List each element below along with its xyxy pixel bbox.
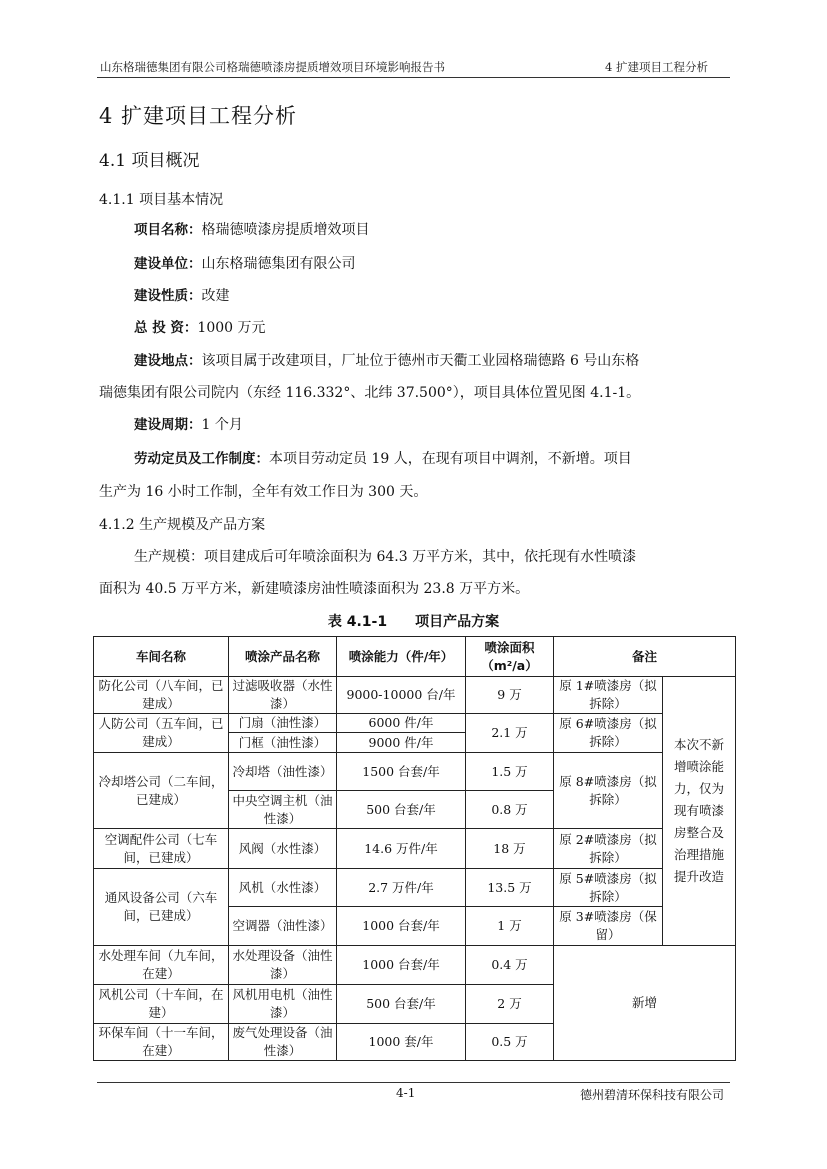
header-divider (97, 77, 730, 78)
cell-product: 门框（油性漆） (229, 733, 337, 753)
info-investment: 总 投 资：1000 万元 (134, 318, 266, 338)
cell-area: 18 万 (466, 829, 554, 869)
cell-area: 13.5 万 (466, 869, 554, 907)
footer-company: 德州碧清环保科技有限公司 (580, 1086, 724, 1103)
cell-area: 0.5 万 (466, 1024, 554, 1061)
cell-area: 1 万 (466, 907, 554, 946)
label: 建设周期： (134, 417, 202, 433)
cell-note: 原 6#喷漆房（拟拆除） (554, 714, 663, 753)
cell-product: 过滤吸收器（水性漆） (229, 677, 337, 714)
label: 项目名称： (134, 222, 202, 238)
info-builder: 建设单位：山东格瑞德集团有限公司 (134, 254, 356, 274)
value: 改建 (202, 288, 230, 304)
value: 本项目劳动定员 19 人，在现有项目中调剂，不新增。项目 (269, 451, 632, 467)
cell-workshop: 人防公司（五车间，已建成） (94, 714, 229, 753)
cell-capacity: 9000 件/年 (337, 733, 466, 753)
cell-product: 中央空调主机（油性漆） (229, 791, 337, 829)
label: 总 投 资： (134, 320, 197, 336)
cell-workshop: 通风设备公司（六车间，已建成） (94, 869, 229, 946)
scale-para-line1: 生产规模：项目建成后可年喷涂面积为 64.3 万平方米，其中，依托现有水性喷漆 (134, 547, 636, 567)
header-report-title: 山东格瑞德集团有限公司格瑞德喷漆房提质增效项目环境影响报告书 (100, 59, 445, 75)
cell-capacity: 9000-10000 台/年 (337, 677, 466, 714)
cell-note: 原 3#喷漆房（保留） (554, 907, 663, 946)
section-title: 4.1 项目概况 (99, 146, 199, 171)
value: 1 个月 (202, 417, 243, 433)
page-number: 4-1 (396, 1086, 415, 1100)
table-row: 空调配件公司（七车间，已建成） 风阀（水性漆） 14.6 万件/年 18 万 原… (94, 829, 736, 869)
cell-workshop: 环保车间（十一车间，在建） (94, 1024, 229, 1061)
cell-product: 风机用电机（油性漆） (229, 985, 337, 1024)
cell-area: 0.8 万 (466, 791, 554, 829)
header-chapter: 4 扩建项目工程分析 (605, 59, 708, 75)
cell-note: 原 5#喷漆房（拟拆除） (554, 869, 663, 907)
col-header: 喷涂能力（件/年） (337, 637, 466, 677)
table-number: 表 4.1-1 (328, 614, 387, 630)
cell-capacity: 1000 套/年 (337, 1024, 466, 1061)
cell-product: 冷却塔（油性漆） (229, 753, 337, 791)
cell-capacity: 6000 件/年 (337, 714, 466, 733)
cell-capacity: 14.6 万件/年 (337, 829, 466, 869)
cell-capacity: 500 台套/年 (337, 985, 466, 1024)
cell-workshop: 防化公司（八车间，已建成） (94, 677, 229, 714)
cell-product: 风阀（水性漆） (229, 829, 337, 869)
cell-note: 原 1#喷漆房（拟拆除） (554, 677, 663, 714)
scale-para-line2: 面积为 40.5 万平方米，新建喷漆房油性喷漆面积为 23.8 万平方米。 (99, 579, 529, 599)
info-period: 建设周期：1 个月 (134, 415, 243, 435)
cell-workshop: 水处理车间（九车间，在建） (94, 946, 229, 985)
info-labor: 劳动定员及工作制度：本项目劳动定员 19 人，在现有项目中调剂，不新增。项目 (134, 449, 632, 469)
value: 该项目属于改建项目，厂址位于德州市天衢工业园格瑞德路 6 号山东格 (202, 353, 640, 369)
cell-capacity: 1500 台套/年 (337, 753, 466, 791)
table-row: 人防公司（五车间，已建成） 门扇（油性漆） 6000 件/年 2.1 万 原 6… (94, 714, 736, 733)
footer-divider (97, 1082, 730, 1083)
cell-workshop: 冷却塔公司（二车间，已建成） (94, 753, 229, 829)
info-site: 建设地点：该项目属于改建项目，厂址位于德州市天衢工业园格瑞德路 6 号山东格 (134, 351, 639, 371)
col-header: 备注 (554, 637, 736, 677)
cell-capacity: 1000 台套/年 (337, 907, 466, 946)
label: 建设地点： (134, 353, 202, 369)
cell-product: 风机（水性漆） (229, 869, 337, 907)
label: 建设单位： (134, 256, 202, 272)
info-project-name: 项目名称：格瑞德喷漆房提质增效项目 (134, 220, 370, 240)
info-site-cont: 瑞德集团有限公司院内（东经 116.332°、北纬 37.500°），项目具体位… (99, 383, 640, 403)
cell-note: 原 2#喷漆房（拟拆除） (554, 829, 663, 869)
cell-capacity: 1000 台套/年 (337, 946, 466, 985)
cell-capacity: 500 台套/年 (337, 791, 466, 829)
value: 格瑞德喷漆房提质增效项目 (202, 222, 370, 238)
table-title: 项目产品方案 (415, 614, 499, 630)
value: 山东格瑞德集团有限公司 (202, 256, 356, 272)
label: 劳动定员及工作制度： (134, 451, 269, 467)
cell-area: 9 万 (466, 677, 554, 714)
value: 1000 万元 (197, 320, 265, 336)
cell-note: 原 8#喷漆房（拟拆除） (554, 753, 663, 829)
subsection-title-scale: 4.1.2 生产规模及产品方案 (99, 514, 265, 534)
col-header: 车间名称 (94, 637, 229, 677)
cell-workshop: 空调配件公司（七车间，已建成） (94, 829, 229, 869)
col-header: 喷涂产品名称 (229, 637, 337, 677)
cell-product: 废气处理设备（油性漆） (229, 1024, 337, 1061)
label: 建设性质： (134, 288, 202, 304)
cell-product: 水处理设备（油性漆） (229, 946, 337, 985)
cell-merged-note: 本次不新增喷涂能力，仅为现有喷漆房整合及治理措施提升改造 (663, 677, 736, 946)
page-header: 山东格瑞德集团有限公司格瑞德喷漆房提质增效项目环境影响报告书 4 扩建项目工程分… (97, 56, 730, 76)
cell-area: 2.1 万 (466, 714, 554, 753)
cell-product: 门扇（油性漆） (229, 714, 337, 733)
subsection-title-basic: 4.1.1 项目基本情况 (99, 189, 223, 209)
info-nature: 建设性质：改建 (134, 286, 230, 306)
table-row: 防化公司（八车间，已建成） 过滤吸收器（水性漆） 9000-10000 台/年 … (94, 677, 736, 714)
col-header: 喷涂面积（m²/a） (466, 637, 554, 677)
cell-area: 0.4 万 (466, 946, 554, 985)
table-caption: 表 4.1-1项目产品方案 (0, 611, 827, 631)
table-header-row: 车间名称 喷涂产品名称 喷涂能力（件/年） 喷涂面积（m²/a） 备注 (94, 637, 736, 677)
table-row: 水处理车间（九车间，在建） 水处理设备（油性漆） 1000 台套/年 0.4 万… (94, 946, 736, 985)
product-plan-table: 车间名称 喷涂产品名称 喷涂能力（件/年） 喷涂面积（m²/a） 备注 防化公司… (93, 636, 736, 1061)
cell-note-new: 新增 (554, 946, 736, 1061)
info-labor-cont: 生产为 16 小时工作制，全年有效工作日为 300 天。 (99, 482, 427, 502)
cell-workshop: 风机公司（十车间，在建） (94, 985, 229, 1024)
table-row: 通风设备公司（六车间，已建成） 风机（水性漆） 2.7 万件/年 13.5 万 … (94, 869, 736, 907)
table-row: 冷却塔公司（二车间，已建成） 冷却塔（油性漆） 1500 台套/年 1.5 万 … (94, 753, 736, 791)
cell-capacity: 2.7 万件/年 (337, 869, 466, 907)
cell-area: 1.5 万 (466, 753, 554, 791)
cell-area: 2 万 (466, 985, 554, 1024)
chapter-title: 4 扩建项目工程分析 (99, 100, 297, 130)
cell-product: 空调器（油性漆） (229, 907, 337, 946)
